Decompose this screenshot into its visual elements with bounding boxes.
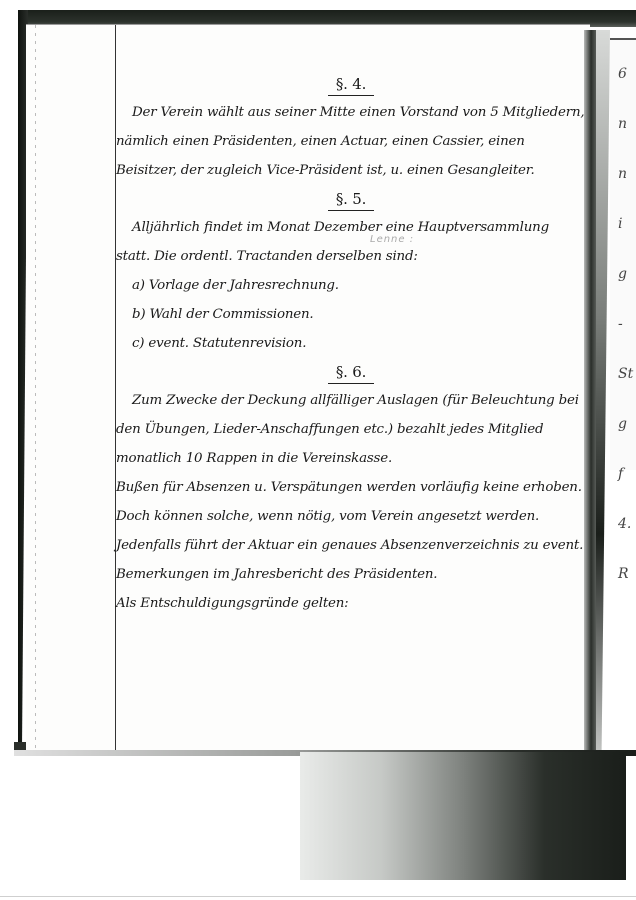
next-page-fragment: f [618, 458, 636, 490]
next-page-fragment: St [618, 358, 636, 390]
next-page-fragment: - [618, 308, 636, 340]
scan-corner-mark [14, 742, 26, 750]
handwritten-text: §. 4. Der Verein wählt aus seiner Mitte … [116, 70, 586, 618]
section-heading-4: §. 4. [116, 70, 586, 98]
agenda-item-c: c) event. Statutenrevision. [116, 329, 586, 358]
next-page-fragment: g [618, 408, 636, 440]
section-5-paragraph: Alljährlich findet im Monat Dezember ein… [116, 213, 586, 271]
section-4-paragraph: Der Verein wählt aus seiner Mitte einen … [116, 98, 586, 185]
section-6-paragraph-2: Bußen für Absenzen u. Verspätungen werde… [116, 473, 586, 531]
section-6-paragraph-4: Als Entschuldigungsgründe gelten: [116, 589, 586, 618]
dotted-margin-line [35, 25, 36, 755]
agenda-item-a: a) Vorlage der Jahresrechnung. [116, 271, 586, 300]
book-spine-shadow [584, 30, 598, 750]
section-6-paragraph-1: Zum Zwecke der Deckung allfälliger Ausla… [116, 386, 586, 473]
section-6-paragraph-3: Jedenfalls führt der Aktuar ein genaues … [116, 531, 586, 589]
agenda-item-b: b) Wahl der Commissionen. [116, 300, 586, 329]
next-page-fragment: 4. [618, 508, 636, 540]
section-heading-6: §. 6. [116, 358, 586, 386]
book-gutter-shadow [596, 30, 610, 750]
next-page-edge: 6 n n i g - St g f 4. R [610, 38, 636, 470]
next-page-fragment: n [618, 108, 636, 140]
next-page-fragment: 6 [618, 58, 636, 90]
next-page-fragment: n [618, 158, 636, 190]
scan-border [0, 896, 636, 897]
pencil-annotation: Lenne : [370, 234, 414, 245]
section-heading-5: §. 5. [116, 185, 586, 213]
next-page-fragment: i [618, 208, 636, 240]
next-page-fragment: g [618, 258, 636, 290]
scan-shadow [300, 752, 626, 880]
next-page-fragment: R [618, 558, 636, 590]
